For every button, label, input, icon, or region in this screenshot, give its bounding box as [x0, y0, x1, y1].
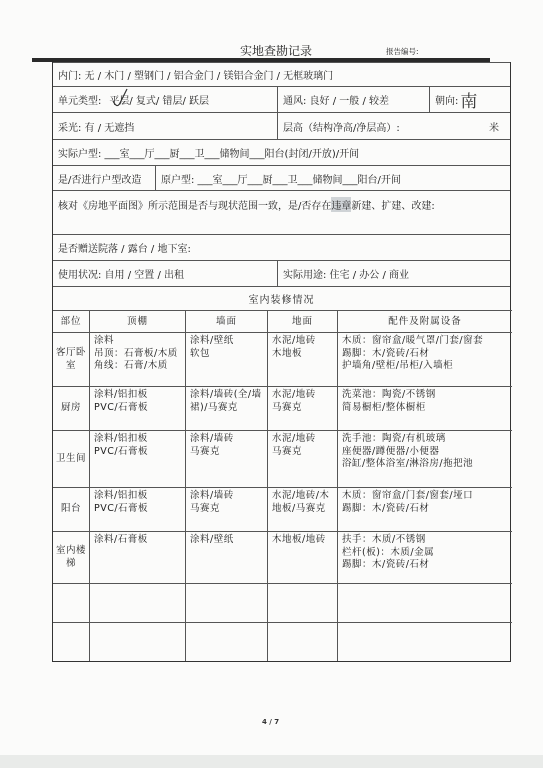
cell-ceiling[interactable]: 涂料/铝扣板 PVC/石膏板	[89, 386, 185, 430]
actual-use-field[interactable]: 实际用途: 住宅 / 办公 / 商业	[277, 261, 510, 286]
actual-layout-field[interactable]: 实际户型: ___室___厅___厨___卫___储物间___阳台(封闭/开放)…	[53, 140, 364, 165]
cell-fittings[interactable]	[337, 583, 512, 622]
verify-plan-field[interactable]: 核对《房地平面图》所示范围是否与现状范围一致，是/否存在违章新建、扩建、改建:	[53, 191, 440, 234]
orientation-handwritten-value: 南	[460, 87, 477, 112]
cell-ceiling[interactable]	[89, 583, 185, 622]
cell-wall[interactable]	[185, 583, 267, 622]
cell-floor[interactable]: 水泥/地砖 木地板	[267, 332, 337, 386]
floor-height-unit: 米	[489, 119, 499, 134]
column-header-location: 部位	[53, 310, 89, 332]
floor-height-field[interactable]: 层高（结构净高/净层高）: 米	[277, 113, 510, 139]
verify-plan-row: 核对《房地平面图》所示范围是否与现状范围一致，是/否存在违章新建、扩建、改建:	[53, 190, 510, 234]
cell-wall[interactable]: 涂料/墙砖 马赛克	[185, 430, 267, 487]
row-location-empty[interactable]	[53, 622, 89, 661]
decoration-section-header: 室内装修情况	[53, 286, 510, 310]
row-location-stairs: 室内楼梯	[53, 531, 89, 583]
cell-wall[interactable]: 涂料/壁纸	[185, 531, 267, 583]
orientation-field[interactable]: 朝向: 南	[429, 87, 510, 112]
original-layout-field[interactable]: 原户型: ___室___厅___厨___卫___储物间___阳台/开间	[155, 166, 510, 190]
row-location-balcony: 阳台	[53, 487, 89, 531]
cell-fittings[interactable]: 洗手池：陶瓷/有机玻璃 座便器/蹲便器/小便器 浴缸/整体浴室/淋浴房/拖把池	[337, 430, 512, 487]
ventilation-field[interactable]: 通风: 良好 / 一般 / 较差	[277, 87, 429, 112]
cell-fittings[interactable]: 扶手：木质/不锈钢 栏杆(板)：木质/金属 踢脚：木/瓷砖/石材	[337, 531, 512, 583]
cell-ceiling[interactable]: 涂料 吊顶：石膏板/木质 角线：石膏/木质	[89, 332, 185, 386]
cell-floor[interactable]: 水泥/地砖 马赛克	[267, 386, 337, 430]
row-location-empty[interactable]	[53, 583, 89, 622]
unit-type-row: 单元类型: 平层/ 复式/ 错层/ 跃层 通风: 良好 / 一般 / 较差 朝向…	[53, 86, 510, 112]
cell-fittings[interactable]: 木质：窗帘盒/暖气罩/门套/窗套 踢脚：木/瓷砖/石材 护墙角/壁柜/吊柜/入墙…	[337, 332, 512, 386]
cell-floor[interactable]: 水泥/地砖/木地板/马赛克	[267, 487, 337, 531]
page-number: 4 / 7	[262, 718, 279, 726]
floor-height-label: 层高（结构净高/净层高）:	[283, 119, 400, 134]
unit-type-options: 平层/ 复式/ 错层/ 跃层	[109, 92, 209, 107]
cell-wall[interactable]: 涂料/墙砖 马赛克	[185, 487, 267, 531]
original-layout-row: 是/否进行户型改造 原户型: ___室___厅___厨___卫___储物间___…	[53, 165, 510, 190]
orientation-label: 朝向:	[435, 92, 458, 107]
cell-ceiling[interactable]: 涂料/铝扣板 PVC/石膏板	[89, 430, 185, 487]
verify-plan-highlighted-text: 违章	[331, 197, 351, 212]
row-location-kitchen: 厨房	[53, 386, 89, 430]
column-header-floor: 地面	[267, 310, 337, 332]
cell-floor[interactable]	[267, 622, 337, 661]
cell-fittings[interactable]	[337, 622, 512, 661]
cell-fittings[interactable]: 洗菜池：陶瓷/不锈钢 简易橱柜/整体橱柜	[337, 386, 512, 430]
cell-floor[interactable]	[267, 583, 337, 622]
verify-plan-text-before: 核对《房地平面图》所示范围是否与现状范围一致，是/否存在	[58, 197, 331, 212]
cell-fittings[interactable]: 木质：窗帘盒/门套/窗套/垭口 踢脚：木/瓷砖/石材	[337, 487, 512, 531]
report-number-label: 报告编号:	[386, 46, 419, 57]
usage-row: 使用状况: 自用 / 空置 / 出租 实际用途: 住宅 / 办公 / 商业	[53, 260, 510, 286]
unit-type-label: 单元类型:	[58, 92, 101, 107]
cell-floor[interactable]: 水泥/地砖 马赛克	[267, 430, 337, 487]
decoration-section-title: 室内装修情况	[244, 287, 320, 310]
actual-layout-row: 实际户型: ___室___厅___厨___卫___储物间___阳台(封闭/开放)…	[53, 139, 510, 165]
decoration-table: 部位 顶棚 墙面 地面 配件及附属设备 客厅卧室 涂料 吊顶：石膏板/木质 角线…	[53, 310, 510, 661]
page-title: 实地查勘记录	[240, 42, 312, 59]
interior-door-row: 内门: 无 / 木门 / 塑钢门 / 铝合金门 / 镁铝合金门 / 无框玻璃门	[53, 62, 510, 86]
cell-ceiling[interactable]: 涂料/铝扣板 PVC/石膏板	[89, 487, 185, 531]
row-location-living-bedroom: 客厅卧室	[53, 332, 89, 386]
column-header-wall: 墙面	[185, 310, 267, 332]
row-location-bathroom: 卫生间	[53, 430, 89, 487]
cell-wall[interactable]: 涂料/墙砖(全/墙裙)/马赛克	[185, 386, 267, 430]
survey-form: 内门: 无 / 木门 / 塑钢门 / 铝合金门 / 镁铝合金门 / 无框玻璃门 …	[52, 62, 511, 662]
cell-wall[interactable]	[185, 622, 267, 661]
column-header-ceiling: 顶棚	[89, 310, 185, 332]
column-header-fittings: 配件及附属设备	[337, 310, 512, 332]
scan-edge	[0, 755, 543, 768]
cell-wall[interactable]: 涂料/壁纸 软包	[185, 332, 267, 386]
cell-ceiling[interactable]	[89, 622, 185, 661]
cell-floor[interactable]: 木地板/地砖	[267, 531, 337, 583]
unit-type-field[interactable]: 单元类型: 平层/ 复式/ 错层/ 跃层	[53, 87, 277, 112]
gift-space-row: 是否赠送院落 / 露台 / 地下室:	[53, 234, 510, 260]
layout-modified-field[interactable]: 是/否进行户型改造	[53, 166, 155, 190]
gift-space-field[interactable]: 是否赠送院落 / 露台 / 地下室:	[53, 235, 196, 260]
cell-ceiling[interactable]: 涂料/石膏板	[89, 531, 185, 583]
verify-plan-text-after: 新建、扩建、改建:	[351, 197, 434, 212]
lighting-field[interactable]: 采光: 有 / 无遮挡	[53, 113, 277, 139]
lighting-row: 采光: 有 / 无遮挡 层高（结构净高/净层高）: 米	[53, 112, 510, 139]
interior-door-field[interactable]: 内门: 无 / 木门 / 塑钢门 / 铝合金门 / 镁铝合金门 / 无框玻璃门	[53, 63, 338, 86]
usage-status-field[interactable]: 使用状况: 自用 / 空置 / 出租	[53, 261, 277, 286]
